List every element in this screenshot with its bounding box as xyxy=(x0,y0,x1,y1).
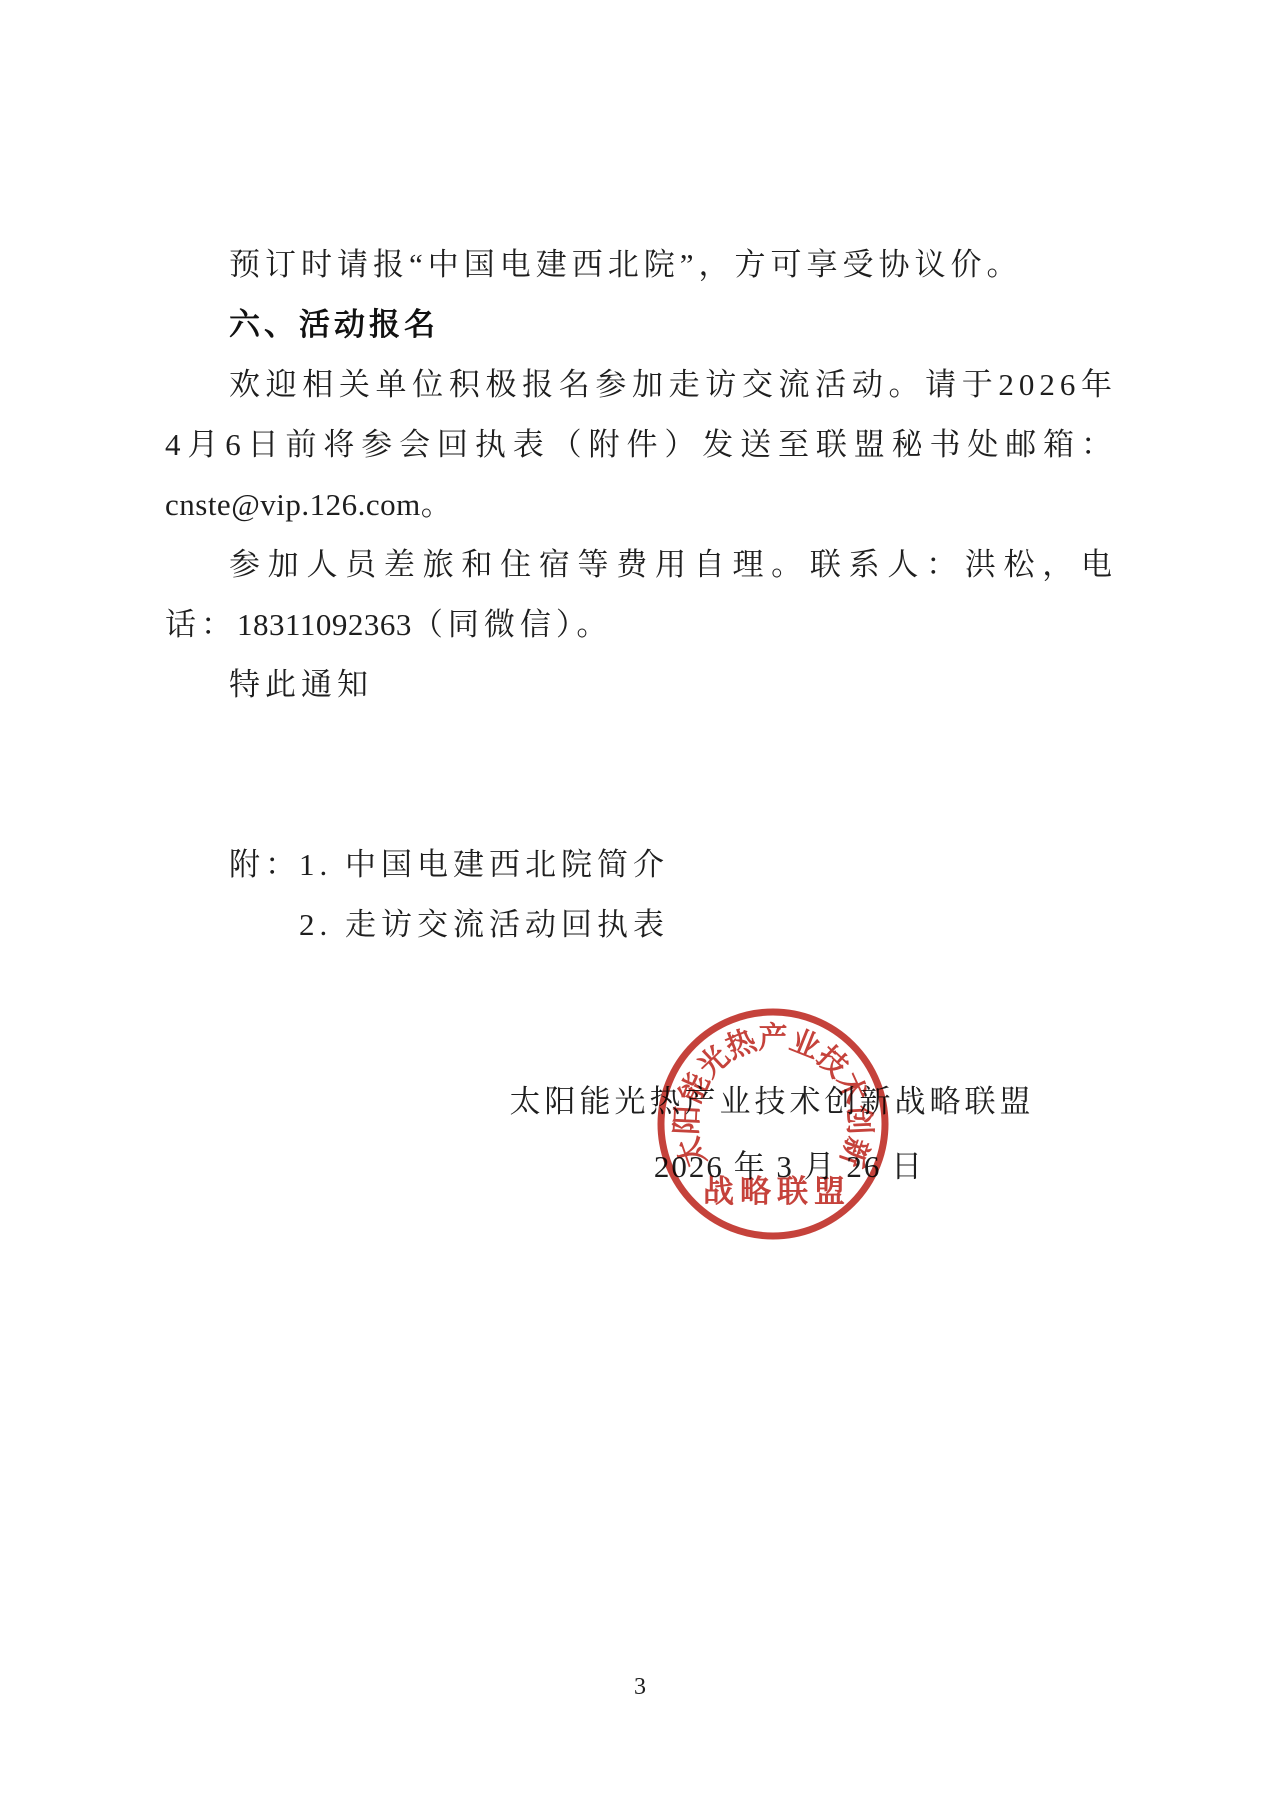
paragraph-booking-note: 预订时请报“中国电建西北院”，方可享受协议价。 xyxy=(165,235,1117,295)
attachments-block: 附：1. 中国电建西北院简介 2. 走访交流活动回执表 xyxy=(165,835,1117,955)
paragraph-notice-closing: 特此通知 xyxy=(165,655,1117,715)
stamp-curved-text: 太阳能光热产业技术创新 xyxy=(670,1021,875,1171)
registration-text: 欢迎相关单位积极报名参加走访交流活动。请于2026年4月6日前将参会回执表（附件… xyxy=(165,367,1117,462)
attachment-item-1: 1. 中国电建西北院简介 xyxy=(299,847,669,882)
page-number: 3 xyxy=(0,1672,1280,1702)
attachment-label: 附： xyxy=(229,835,299,895)
paragraph-registration: 欢迎相关单位积极报名参加走访交流活动。请于2026年4月6日前将参会回执表（附件… xyxy=(165,355,1117,535)
attachment-item-2: 2. 走访交流活动回执表 xyxy=(165,895,1117,955)
attachment-line-1: 附：1. 中国电建西北院简介 xyxy=(165,835,1117,895)
document-body: 预订时请报“中国电建西北院”，方可享受协议价。 六、活动报名 欢迎相关单位积极报… xyxy=(165,235,1117,955)
paragraph-contact: 参加人员差旅和住宿等费用自理。联系人：洪松，电话：18311092363（同微信… xyxy=(165,535,1117,655)
stamp-horizontal-text: 战略联盟 xyxy=(703,1174,851,1209)
stamp-curved-textpath: 太阳能光热产业技术创新 xyxy=(670,1021,875,1171)
email-address: cnste@vip.126.com xyxy=(165,487,421,522)
phone-number: 18311092363 xyxy=(237,607,412,642)
official-stamp-seal: 太阳能光热产业技术创新 战略联盟 xyxy=(655,1006,891,1242)
document-page: 预订时请报“中国电建西北院”，方可享受协议价。 六、活动报名 欢迎相关单位积极报… xyxy=(0,0,1280,1809)
contact-text-end: （同微信）。 xyxy=(412,607,613,642)
registration-text-end: 。 xyxy=(421,487,457,522)
section-heading-activity-registration: 六、活动报名 xyxy=(165,295,1117,355)
